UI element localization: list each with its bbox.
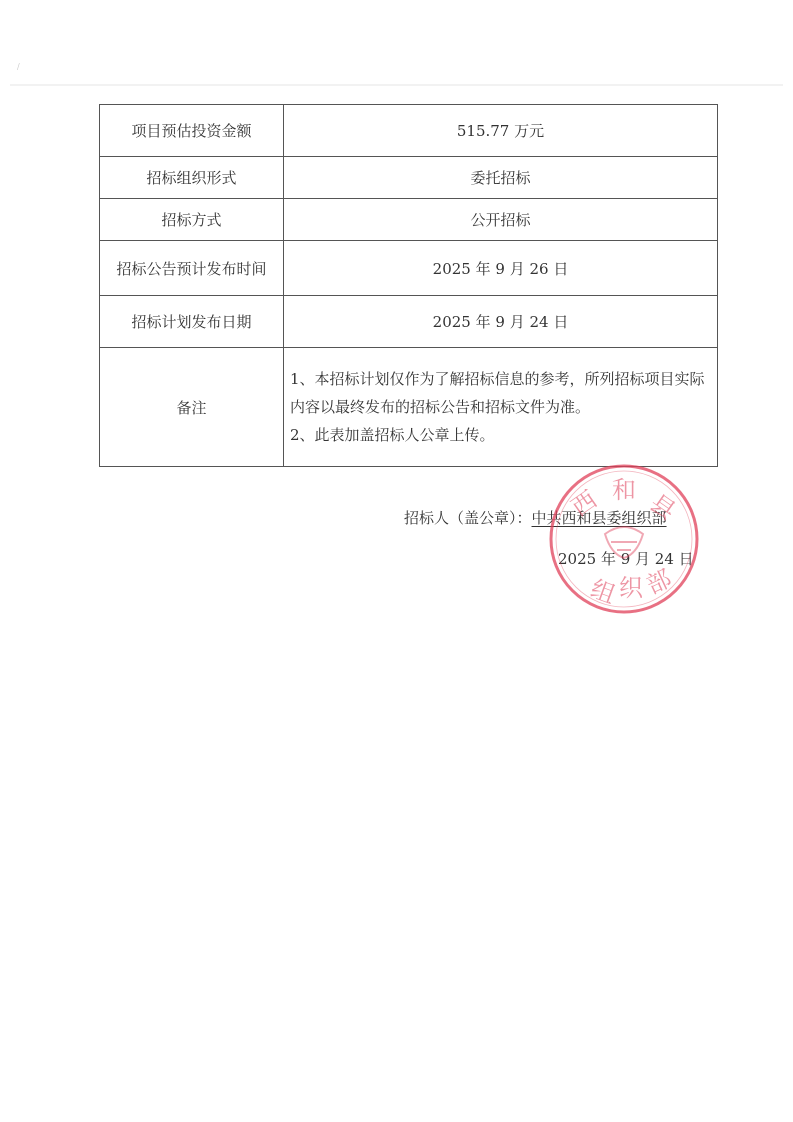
note-line: 2、此表加盖招标人公章上传。 [290,421,713,449]
signer-organization: 中共西和县委组织部 [532,509,667,527]
row-label: 招标组织形式 [100,157,284,199]
signature-date: 2025 年 9 月 24 日 [558,548,694,569]
row-value: 委托招标 [284,157,718,199]
table-row: 招标方式 公开招标 [100,199,718,241]
notes-label: 备注 [100,348,284,467]
stamp-char: 部 [642,564,676,600]
table-row-notes: 备注 1、本招标计划仅作为了解招标信息的参考，所列招标项目实际内容以最终发布的招… [100,348,718,467]
row-label: 项目预估投资金额 [100,105,284,157]
signer-line: 招标人（盖公章）：中共西和县委组织部 [404,507,667,528]
row-value: 2025 年 9 月 26 日 [284,241,718,296]
row-label: 招标计划发布日期 [100,296,284,348]
stamp-char: 和 [612,476,636,504]
row-label: 招标公告预计发布时间 [100,241,284,296]
stamp-char: 组 [587,575,619,610]
row-value: 公开招标 [284,199,718,241]
row-label: 招标方式 [100,199,284,241]
table-row: 招标公告预计发布时间 2025 年 9 月 26 日 [100,241,718,296]
bidding-plan-table: 项目预估投资金额 515.77 万元 招标组织形式 委托招标 招标方式 公开招标… [99,104,718,467]
notes-content: 1、本招标计划仅作为了解招标信息的参考，所列招标项目实际内容以最终发布的招标公告… [284,348,718,467]
table-row: 招标组织形式 委托招标 [100,157,718,199]
table-row: 招标计划发布日期 2025 年 9 月 24 日 [100,296,718,348]
note-line: 1、本招标计划仅作为了解招标信息的参考，所列招标项目实际内容以最终发布的招标公告… [290,365,713,421]
stamp-char: 织 [619,574,644,602]
row-value: 2025 年 9 月 24 日 [284,296,718,348]
official-seal-icon: 西 和 县 组 织 部 [547,462,701,616]
signer-prefix: 招标人（盖公章）： [404,509,532,527]
scan-artifact-line [10,84,783,86]
row-value: 515.77 万元 [284,105,718,157]
table-row: 项目预估投资金额 515.77 万元 [100,105,718,157]
scan-speck: / [17,62,20,71]
